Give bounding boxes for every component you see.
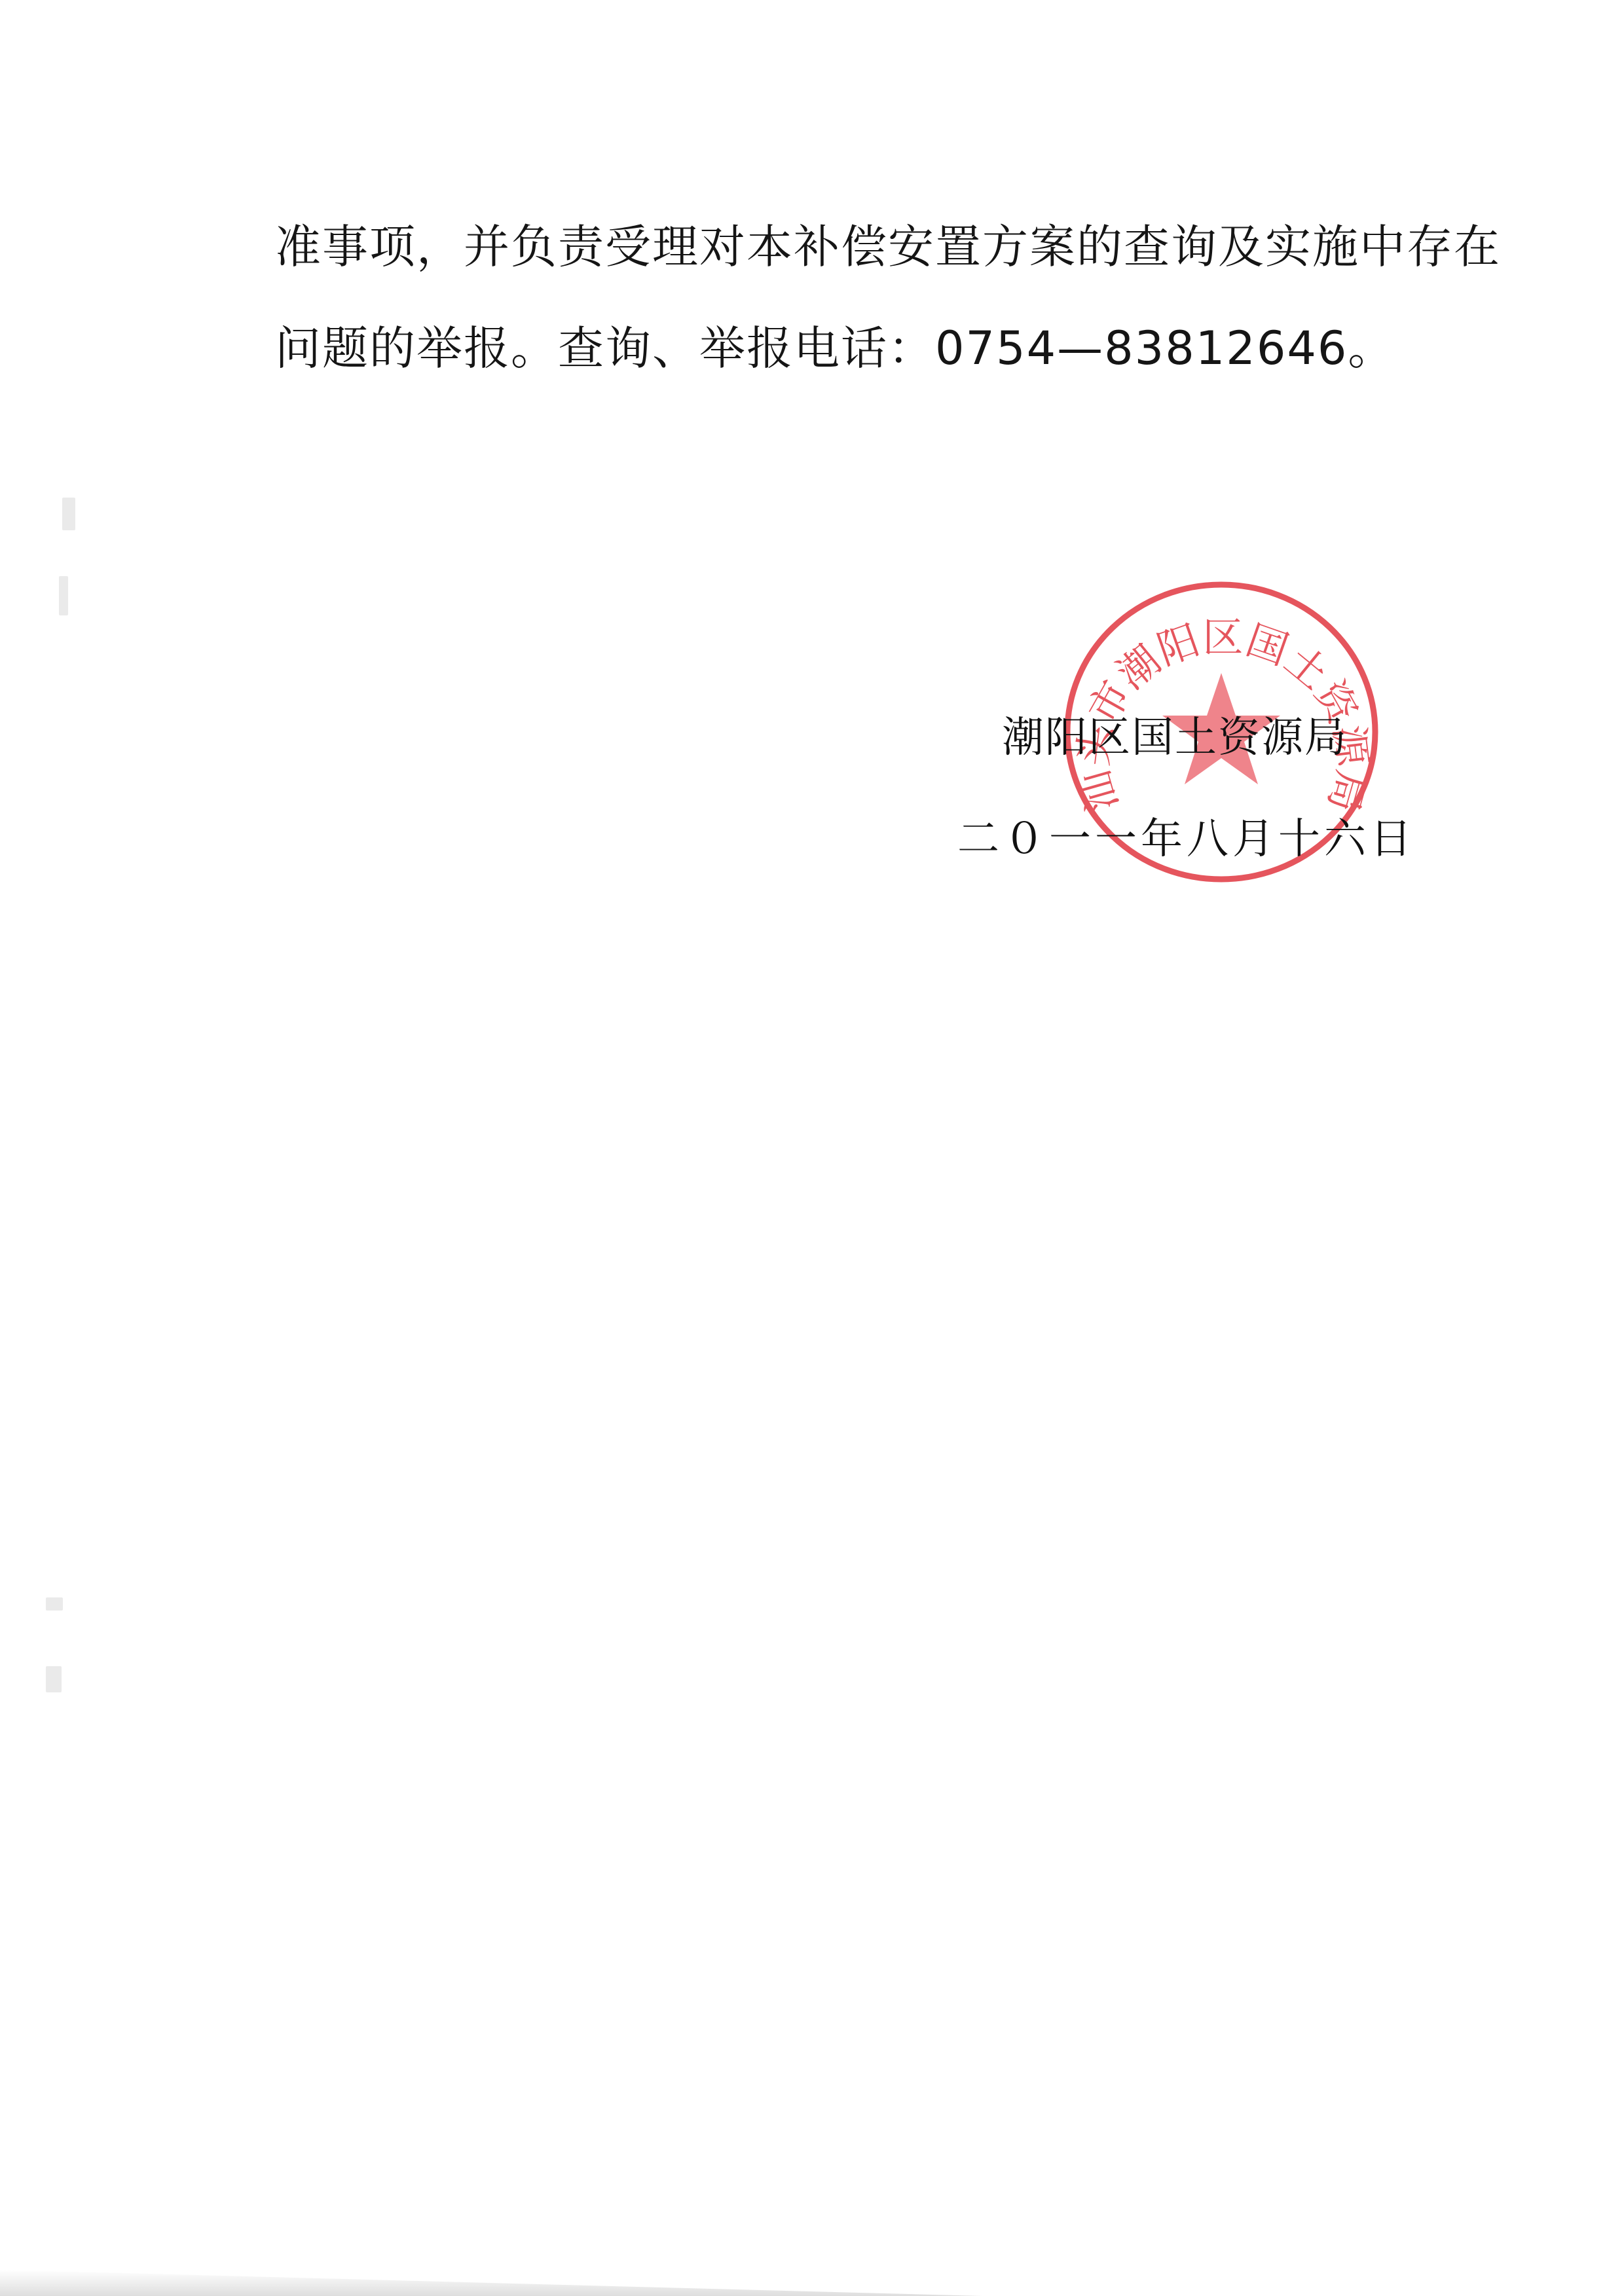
document-page: 准事项，并负责受理对本补偿安置方案的查询及实施中存在 问题的举报。查询、举报电话… (0, 0, 1624, 2296)
scan-artifact (46, 1597, 63, 1611)
body-text: 准事项，并负责受理对本补偿安置方案的查询及实施中存在 问题的举报。查询、举报电话… (275, 196, 1428, 399)
body-line-2: 问题的举报。查询、举报电话：0754—83812646。 (275, 298, 1428, 399)
scan-artifact (46, 1666, 62, 1692)
signing-organization: 潮阳区国土资源局 (1002, 704, 1348, 764)
scan-artifact (62, 498, 75, 530)
signing-date: 二０一一年八月十六日 (957, 805, 1416, 866)
body-line-1: 准事项，并负责受理对本补偿安置方案的查询及实施中存在 (275, 196, 1428, 298)
scan-edge (0, 2270, 982, 2296)
scan-artifact (59, 576, 68, 615)
